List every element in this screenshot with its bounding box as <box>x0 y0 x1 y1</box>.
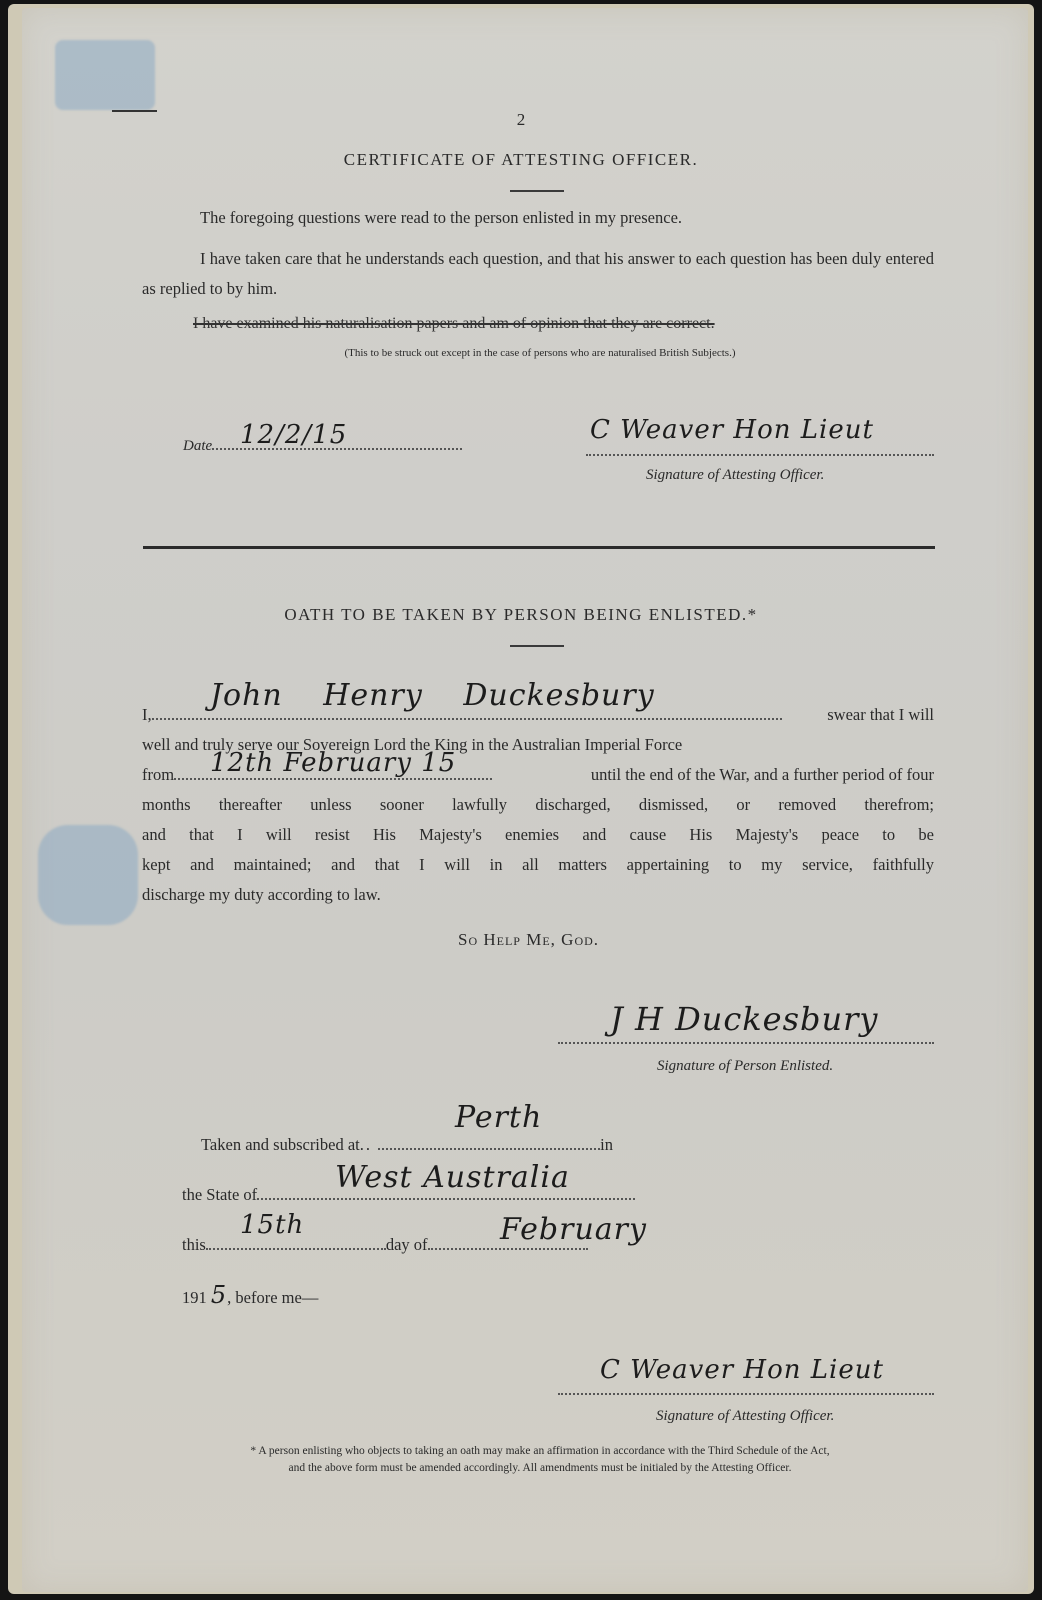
footnote: * A person enlisting who objects to taki… <box>150 1443 930 1477</box>
year-handwritten: 5 <box>211 1281 227 1309</box>
attesting-signature-label: Signature of Attesting Officer. <box>646 467 824 484</box>
oath-title-rule <box>510 645 564 647</box>
struck-naturalisation-line: I have examined his naturalisation paper… <box>193 315 715 333</box>
year-line: 191 5, before me— <box>182 1280 318 1313</box>
attesting-signature-handwritten: C Weaver Hon Lieut <box>590 415 874 445</box>
from-date-field[interactable] <box>174 778 492 780</box>
blue-stain-top <box>55 40 155 110</box>
certificate-line-1: The foregoing questions were read to the… <box>200 203 940 233</box>
state-handwritten: West Australia <box>335 1160 570 1195</box>
enlisted-signature-handwritten: J H Duckesbury <box>610 1000 878 1038</box>
blue-stain-left <box>38 825 138 925</box>
title-rule <box>510 190 564 192</box>
officer-signature-label: Signature of Attesting Officer. <box>656 1408 834 1425</box>
certificate-line-2: I have taken care that he understands ea… <box>142 244 934 304</box>
taken-at-line: Taken and subscribed at.. in <box>201 1130 613 1160</box>
place-field[interactable] <box>378 1148 600 1150</box>
name-field[interactable] <box>152 718 782 720</box>
oath-line-6: kept and maintained; and that I will in … <box>142 850 934 880</box>
state-field[interactable] <box>257 1198 635 1200</box>
day-field[interactable] <box>206 1248 386 1250</box>
closing-phrase: So Help Me, God. <box>458 930 599 950</box>
month-field[interactable] <box>428 1248 588 1250</box>
oath-line-4: months thereafter unless sooner lawfully… <box>142 790 934 820</box>
certificate-title: CERTIFICATE OF ATTESTING OFFICER. <box>0 150 1042 170</box>
footnote-line-2: and the above form must be amended accor… <box>150 1460 930 1477</box>
section-divider <box>143 546 935 549</box>
month-handwritten: February <box>500 1212 647 1247</box>
officer-signature-handwritten: C Weaver Hon Lieut <box>600 1355 884 1385</box>
oath-title: OATH TO BE TAKEN BY PERSON BEING ENLISTE… <box>0 605 1042 625</box>
day-handwritten: 15th <box>240 1210 304 1240</box>
oath-line-5: and that I will resist His Majesty's ene… <box>142 820 934 850</box>
date-handwritten: 12/2/15 <box>240 420 347 450</box>
struck-note: (This to be struck out except in the cas… <box>0 347 1042 359</box>
name-handwritten: John Henry Duckesbury <box>210 678 655 713</box>
page-number: 2 <box>0 110 1042 130</box>
footnote-line-1: * A person enlisting who objects to taki… <box>150 1443 930 1460</box>
place-handwritten: Perth <box>455 1100 542 1135</box>
from-date-handwritten: 12th February 15 <box>210 748 456 778</box>
enlisted-signature-label: Signature of Person Enlisted. <box>657 1058 833 1075</box>
oath-line-7: discharge my duty according to law. <box>142 880 934 910</box>
